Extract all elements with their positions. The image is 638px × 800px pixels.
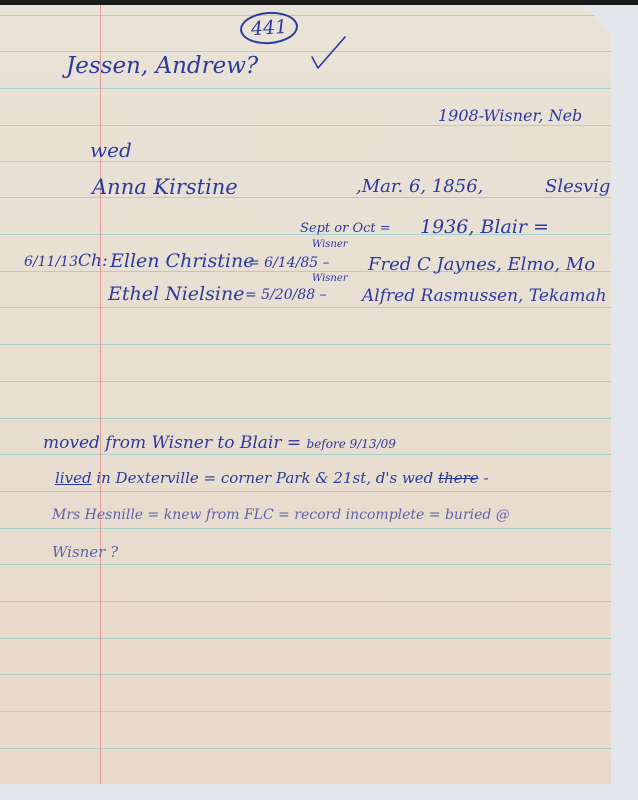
note-burial: Mrs Hesnille = knew from FLC = record in… xyxy=(52,508,510,522)
child-2-spouse: Alfred Rasmussen, Tekamah xyxy=(362,288,607,305)
ruled-line xyxy=(0,15,611,16)
check-mark-icon xyxy=(308,35,348,71)
note-burial-place: Wisner ? xyxy=(52,545,118,560)
children-record-date: 6/11/13 xyxy=(24,255,78,269)
ruled-line xyxy=(0,51,611,52)
ruled-line xyxy=(0,307,611,308)
ruled-line xyxy=(0,88,611,89)
note-moved-addendum: before 9/13/09 xyxy=(307,437,396,451)
child-2-birthplace-note: Wisner xyxy=(312,273,348,284)
spouse-birthplace: Slesvig xyxy=(545,178,610,196)
spouse-birth-date: ,Mar. 6, 1856, xyxy=(356,178,483,196)
ruled-line xyxy=(0,674,611,675)
record-number: 441 xyxy=(250,16,288,40)
child-1-spouse: Fred C Jaynes, Elmo, Mo xyxy=(368,256,595,274)
spouse-death-prefix: Sept or Oct = xyxy=(300,222,391,235)
child-2-name: Ethel Nielsine xyxy=(108,285,244,304)
child-1-birth: = 6/14/85 – xyxy=(248,256,330,270)
child-2-birth: = 5/20/88 – xyxy=(245,288,327,302)
ruled-line xyxy=(0,381,611,382)
child-1-birthplace-note: Wisner xyxy=(312,239,348,250)
ruled-line xyxy=(0,491,611,492)
ruled-line xyxy=(0,564,611,565)
ruled-line xyxy=(0,454,611,455)
child-1-name: Ellen Christine xyxy=(110,252,254,271)
note-lived-prefix: lived xyxy=(55,469,92,487)
subject-name: Jessen, Andrew? xyxy=(66,55,258,78)
note-lived-suffix: - xyxy=(479,469,489,487)
spouse-name: Anna Kirstine xyxy=(92,177,238,198)
ruled-line xyxy=(0,601,611,602)
note-lived-struck: there xyxy=(438,469,479,487)
ruled-paper-sheet: 441 Jessen, Andrew? 1908-Wisner, Neb wed… xyxy=(0,5,611,784)
red-margin-line xyxy=(100,5,101,784)
ruled-line xyxy=(0,711,611,712)
note-moved-text: moved from Wisner to Blair = xyxy=(43,433,301,453)
spouse-death: 1936, Blair = xyxy=(420,218,549,237)
note-lived-text: in Dexterville = corner Park & 21st, d's… xyxy=(92,469,439,487)
wed-label: wed xyxy=(90,140,132,160)
ruled-line xyxy=(0,638,611,639)
ruled-line xyxy=(0,748,611,749)
ruled-line xyxy=(0,528,611,529)
note-lived: lived in Dexterville = corner Park & 21s… xyxy=(55,471,489,486)
ruled-line xyxy=(0,418,611,419)
note-moved: moved from Wisner to Blair = before 9/13… xyxy=(43,435,396,452)
children-label: Ch: xyxy=(78,253,108,270)
ruled-line xyxy=(0,125,611,126)
scanner-edge xyxy=(0,0,638,5)
ruled-line xyxy=(0,344,611,345)
arrival-note: 1908-Wisner, Neb xyxy=(438,108,582,124)
